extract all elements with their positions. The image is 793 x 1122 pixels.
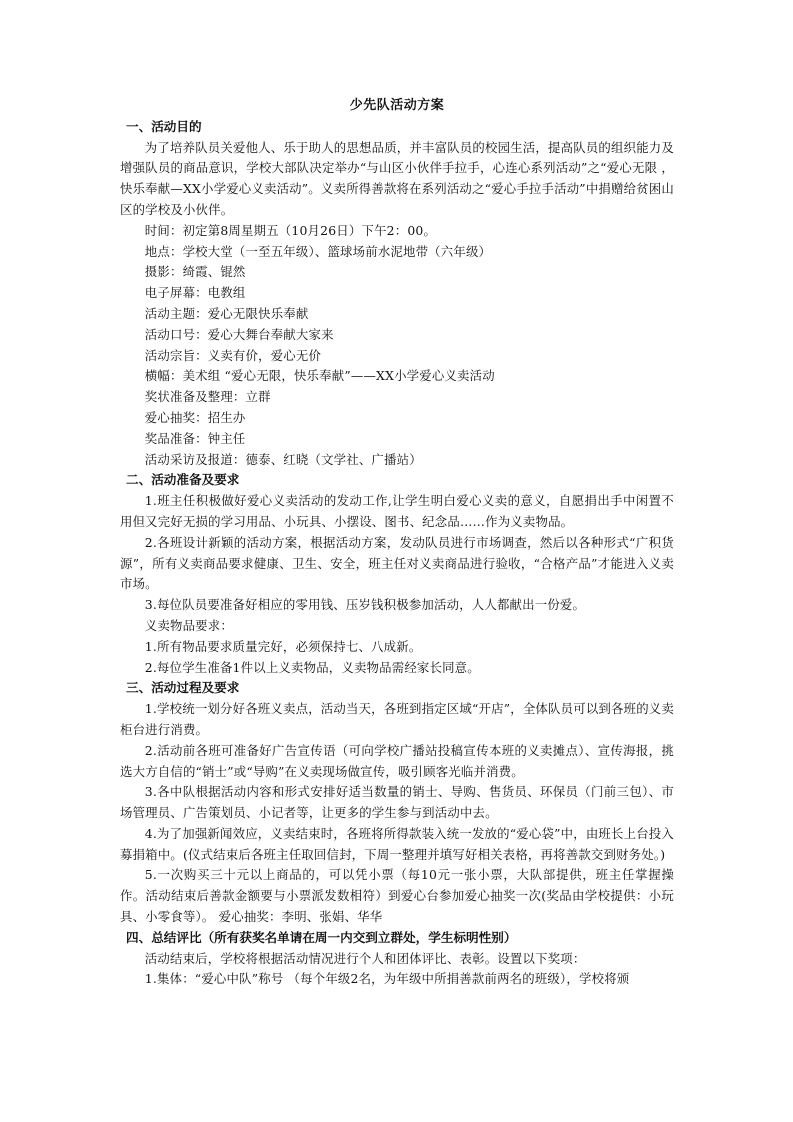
section-heading: 四、总结评比（所有获奖名单请在周一内交到立群处，学生标明性别） [120, 928, 674, 949]
paragraph: 活动结束后，学校将根据活动情况进行个人和团体评比、表彰。设置以下奖项： [120, 949, 674, 970]
section-process: 三、活动过程及要求 1.学校统一划分好各班义卖点，活动当天，各班到指定区域“开店… [120, 678, 674, 928]
paragraph: 义卖物品要求： [120, 616, 674, 637]
paragraph: 摄影：绮霞、锟然 [120, 262, 674, 283]
paragraph: 1.集体：“爱心中队”称号 （每个年级2名，为年级中所捐善款前两名的班级），学校… [120, 969, 674, 990]
paragraph: 3.各中队根据活动内容和形式安排好适当数量的销士、导购、售货员、环保员（门前三包… [120, 782, 674, 824]
paragraph: 4.为了加强新闻效应，义卖结束时，各班将所得款装入统一发放的“爱心袋”中，由班长… [120, 824, 674, 866]
document-title: 少先队活动方案 [120, 96, 674, 117]
section-heading: 一、活动目的 [120, 117, 674, 138]
paragraph: 5.一次购买三十元以上商品的，可以凭小票（每10元一张小票，大队部提供，班主任掌… [120, 865, 674, 927]
paragraph: 活动采访及报道：德泰、红晓（文学社、广播站） [120, 450, 674, 471]
paragraph: 奖状准备及整理：立群 [120, 387, 674, 408]
section-heading: 三、活动过程及要求 [120, 678, 674, 699]
paragraph: 2.每位学生准备1件以上义卖物品，义卖物品需经家长同意。 [120, 658, 674, 679]
paragraph: 横幅：美术组 “爱心无限，快乐奉献”——XX小学爱心义卖活动 [120, 366, 674, 387]
section-preparation: 二、活动准备及要求 1.班主任积极做好爱心义卖活动的发动工作,让学生明白爱心义卖… [120, 470, 674, 678]
paragraph: 2.各班设计新颖的活动方案，根据活动方案，发动队员进行市场调查，然后以各种形式“… [120, 533, 674, 595]
paragraph: 时间：初定第8周星期五（10月26日）下午2：00。 [120, 221, 674, 242]
paragraph: 奖品准备：钟主任 [120, 429, 674, 450]
section-heading: 二、活动准备及要求 [120, 470, 674, 491]
paragraph: 电子屏幕：电教组 [120, 283, 674, 304]
document-page: 少先队活动方案 一、活动目的 为了培养队员关爱他人、乐于助人的思想品质，并丰富队… [120, 96, 674, 990]
paragraph: 1.所有物品要求质量完好，必须保持七、八成新。 [120, 637, 674, 658]
paragraph: 2.活动前各班可准备好广告宣传语（可向学校广播站投稿宣传本班的义卖摊点）、宣传海… [120, 741, 674, 783]
paragraph: 活动口号：爱心大舞台奉献大家来 [120, 325, 674, 346]
section-summary: 四、总结评比（所有获奖名单请在周一内交到立群处，学生标明性别） 活动结束后，学校… [120, 928, 674, 990]
paragraph: 1.学校统一划分好各班义卖点，活动当天，各班到指定区域“开店”，全体队员可以到各… [120, 699, 674, 741]
paragraph: 活动宗旨：义卖有价，爱心无价 [120, 346, 674, 367]
section-purpose: 一、活动目的 为了培养队员关爱他人、乐于助人的思想品质，并丰富队员的校园生活，提… [120, 117, 674, 471]
paragraph: 爱心抽奖：招生办 [120, 408, 674, 429]
paragraph: 1.班主任积极做好爱心义卖活动的发动工作,让学生明白爱心义卖的意义，自愿捐出手中… [120, 491, 674, 533]
paragraph: 为了培养队员关爱他人、乐于助人的思想品质，并丰富队员的校园生活，提高队员的组织能… [120, 138, 674, 221]
paragraph: 3.每位队员要准备好相应的零用钱、压岁钱积极参加活动，人人都献出一份爱。 [120, 595, 674, 616]
paragraph: 活动主题：爱心无限快乐奉献 [120, 304, 674, 325]
paragraph: 地点：学校大堂（一至五年级）、篮球场前水泥地带（六年级） [120, 242, 674, 263]
